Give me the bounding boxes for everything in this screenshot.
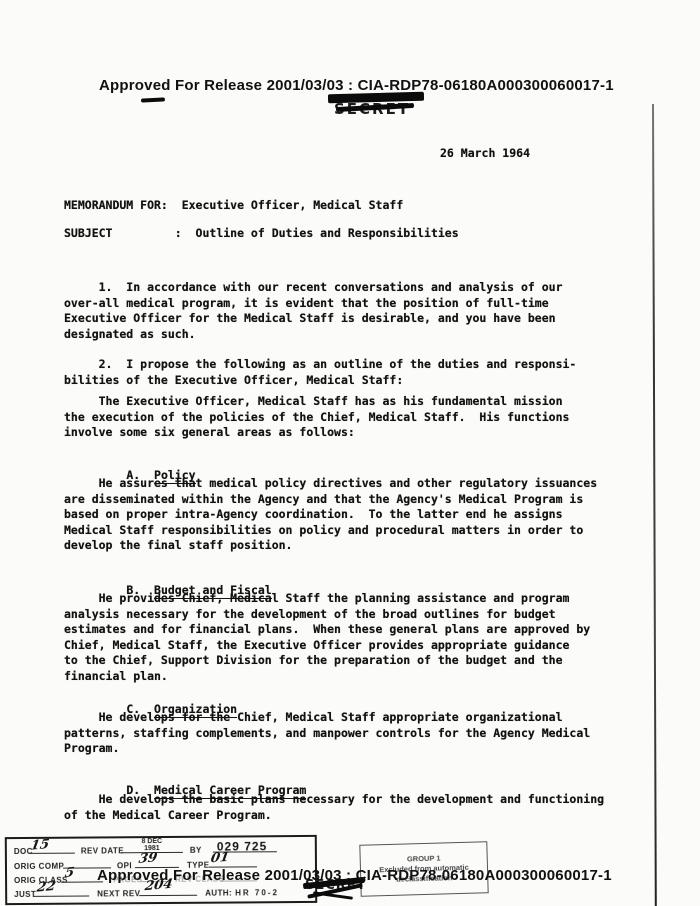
memo-for-line: MEMORANDUM FOR: Executive Officer, Medic…: [64, 198, 403, 214]
orig-class-value-handwritten: 5: [64, 865, 76, 881]
by-label: BY: [190, 846, 202, 855]
release-banner-top: Approved For Release 2001/03/03 : CIA-RD…: [99, 77, 614, 94]
paragraph-2: 2. I propose the following as an outline…: [64, 357, 576, 388]
doc-value-handwritten: 15: [30, 837, 51, 854]
paragraph-1: 1. In accordance with our recent convers…: [64, 280, 563, 342]
rev-date-label: REV DATE: [81, 846, 124, 855]
orig-comp-label: ORIG COMP: [14, 862, 64, 871]
section-body-policy: He assures that medical policy directive…: [64, 476, 597, 554]
memo-scan-page: Approved For Release 2001/03/03 : CIA-RD…: [0, 0, 700, 906]
scan-edge-line: [652, 104, 657, 906]
stamp-underline: [29, 853, 75, 854]
section-body-organization: He develops for the Chief, Medical Staff…: [64, 710, 590, 757]
secret-stamp-top: SECRET: [328, 92, 424, 122]
opi-value-handwritten: 39: [138, 850, 159, 867]
stamp-underline: [139, 895, 197, 896]
stamp-underline: [33, 896, 89, 897]
section-body-career-program: He develops the basic plans necessary fo…: [64, 792, 604, 823]
next-rev-label: NEXT REV: [97, 889, 140, 898]
just-value-handwritten: 22: [36, 879, 57, 896]
memo-date: 26 March 1964: [440, 146, 530, 162]
section-body-budget: He provides Chief, Medical Staff the pla…: [64, 591, 590, 684]
release-banner-bottom: Approved For Release 2001/03/03 : CIA-RD…: [97, 867, 612, 884]
auth-label: AUTH:: [205, 889, 232, 898]
type-value-handwritten: 01: [210, 850, 231, 867]
just-label: JUST: [14, 890, 36, 899]
auth-value: HR 70-2: [235, 888, 279, 897]
ink-mark: [141, 97, 165, 102]
paragraph-3: The Executive Officer, Medical Staff has…: [64, 394, 569, 441]
memo-subject-line: SUBJECT : Outline of Duties and Responsi…: [64, 226, 459, 242]
